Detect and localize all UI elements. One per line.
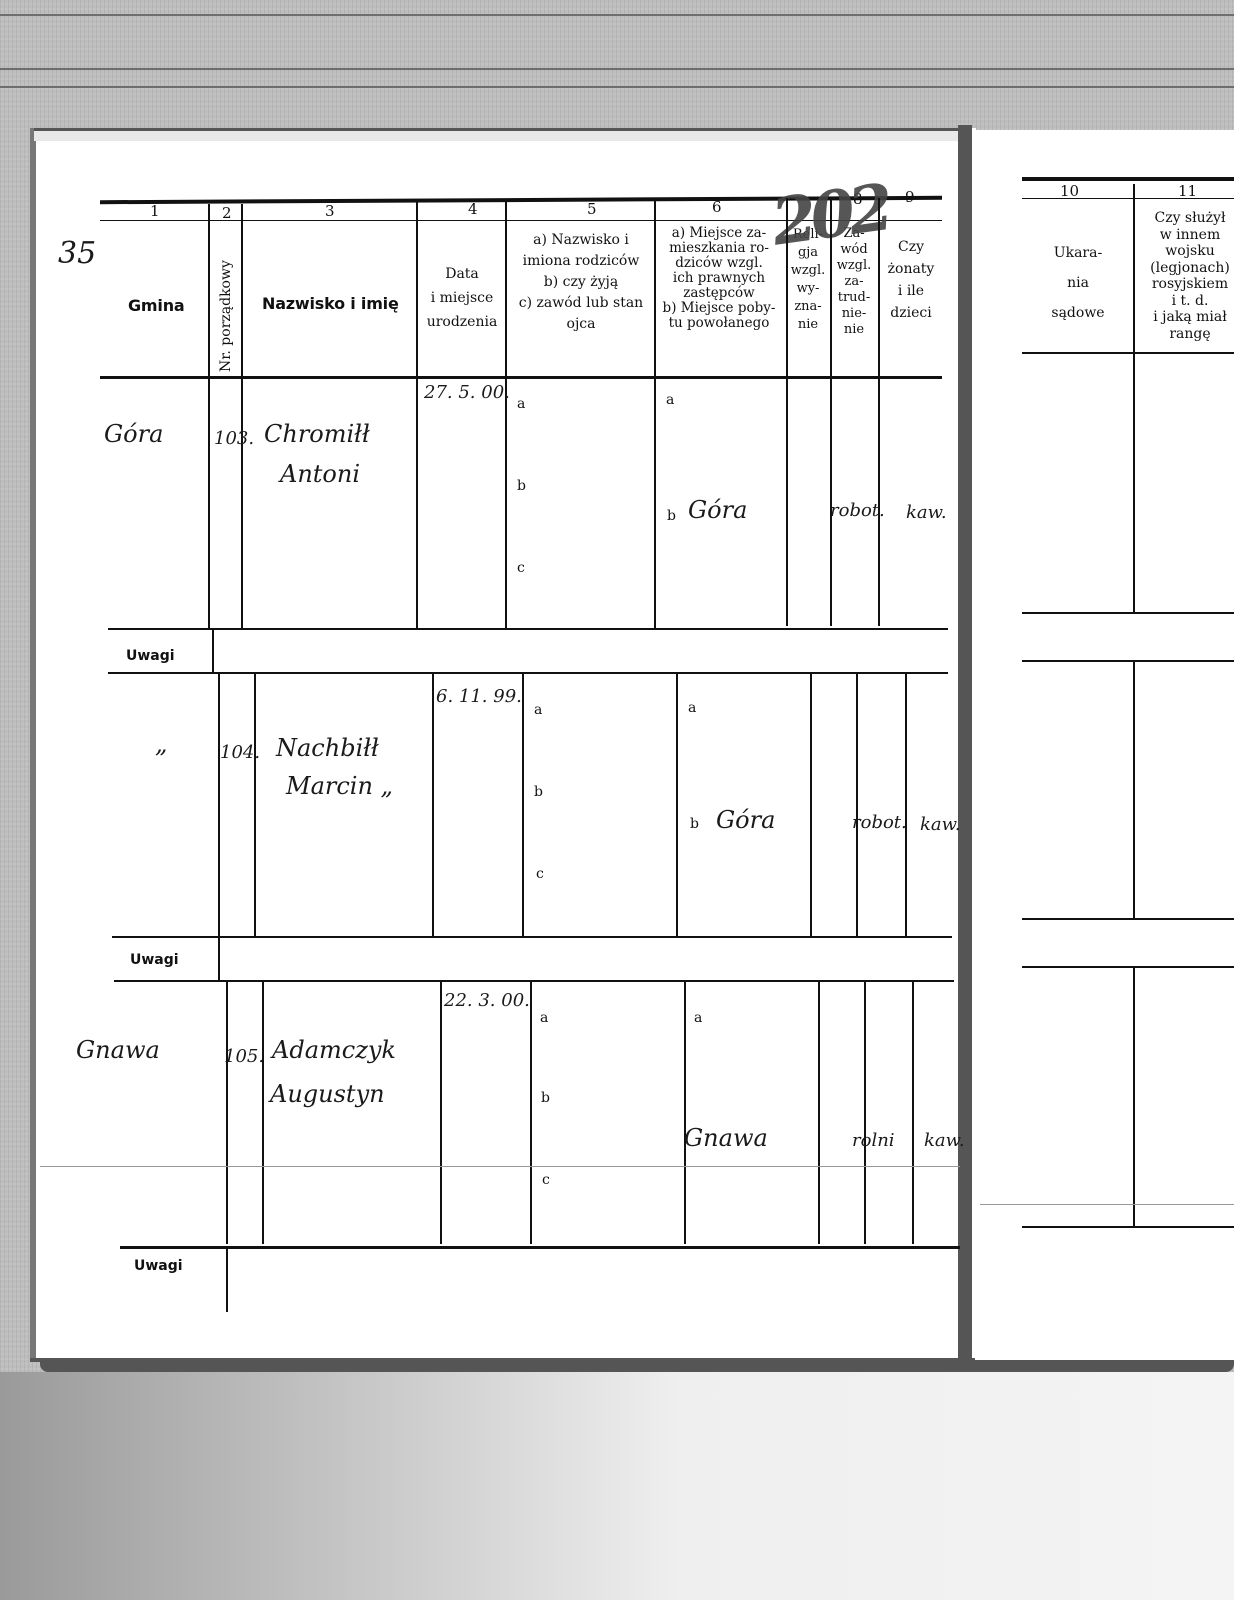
col-divider-4-5 <box>505 202 507 630</box>
remarks-2-bottom-rule <box>114 980 954 982</box>
handwritten-page-number: 35 <box>58 236 96 271</box>
entry-3-surname: Adamczyk <box>272 1036 396 1064</box>
entry-1-gmina: Góra <box>104 420 163 448</box>
right-entry-2-bottom-rule <box>1022 918 1234 920</box>
column-number-10: 10 <box>1060 182 1079 200</box>
entry-1-label-6a: a <box>666 392 674 408</box>
e2-col-divider-6-7 <box>810 674 812 936</box>
e3-col-divider-8-9 <box>912 982 914 1244</box>
entry-1-label-6b: b <box>667 508 676 524</box>
column-number-3: 3 <box>325 202 335 220</box>
scan-artifact-line <box>0 14 1234 16</box>
entry-2-nr: 104. <box>220 742 260 763</box>
entry-3-birth-date: 22. 3. 00. <box>444 990 530 1011</box>
remarks-1-bottom-rule <box>108 672 948 674</box>
entry-3-given-name: Augustyn <box>270 1080 385 1108</box>
entry-2-label-5a: a <box>534 702 542 718</box>
column-number-4: 4 <box>468 200 478 218</box>
entry-1-bottom-rule <box>108 628 948 630</box>
entry-2-label-5b: b <box>534 784 543 800</box>
entry-3-label-5b: b <box>541 1090 550 1106</box>
page-bottom-shadow <box>40 1360 1234 1372</box>
col-divider-6-7 <box>786 198 788 626</box>
remarks-label-1: Uwagi <box>126 648 175 664</box>
right-e2-col-divider <box>1133 662 1135 918</box>
entry-3-residence: Gnawa <box>684 1124 768 1152</box>
right-faint-ruling <box>980 1204 1234 1205</box>
e3-col-divider-2-3 <box>262 982 264 1244</box>
entry-2-birth-date: 6. 11. 99. <box>436 686 522 707</box>
entry-1-label-5b: b <box>517 478 526 494</box>
entry-1-label-5a: a <box>517 396 525 412</box>
e3-col-divider-7-8 <box>864 982 866 1244</box>
entry-3-marital: kaw. <box>924 1130 965 1151</box>
e3-col-divider-1-2 <box>226 982 228 1244</box>
e3-col-divider-3-4 <box>440 982 442 1244</box>
entry-3-gmina: Gnawa <box>76 1036 160 1064</box>
e2-col-divider-8-9 <box>905 674 907 936</box>
faint-ruling <box>40 1166 960 1167</box>
column-number-2: 2 <box>222 204 232 222</box>
right-remarks-1-bottom-rule <box>1022 660 1234 662</box>
right-remarks-2-bottom-rule <box>1022 966 1234 968</box>
right-header-top-rule <box>1022 177 1234 181</box>
entry-2-marital: kaw. <box>920 814 961 835</box>
e2-col-divider-2-3 <box>254 674 256 936</box>
col-divider-3-4 <box>416 202 418 630</box>
remarks-label-2: Uwagi <box>130 952 179 968</box>
entry-2-label-6b: b <box>690 816 699 832</box>
header-gmina: Gmina <box>128 296 184 315</box>
entry-3-label-5c: c <box>542 1172 550 1188</box>
entry-1-surname: Chromiłł <box>264 420 370 448</box>
entry-2-occupation: robot. <box>852 812 907 833</box>
header-zonaty: Czy żonaty i ile dzieci <box>880 236 942 324</box>
entry-2-label-6a: a <box>688 700 696 716</box>
entry-2-residence: Góra <box>716 806 775 834</box>
header-rodzice: a) Nazwisko i imiona rodziców b) czy żyj… <box>508 230 654 335</box>
page-top-edge <box>34 128 970 141</box>
entry-2-surname: Nachbiłł <box>276 734 379 762</box>
scan-artifact-line <box>0 68 1234 70</box>
right-entry-1-bottom-rule <box>1022 612 1234 614</box>
entry-1-nr: 103. <box>214 428 254 449</box>
right-entry-3-bottom-rule <box>1022 1226 1234 1228</box>
remarks-divider-3 <box>226 1248 228 1312</box>
e2-col-divider-4-5 <box>522 674 524 936</box>
scan-artifact-line <box>0 86 1234 88</box>
entry-3-nr: 105. <box>224 1046 264 1067</box>
right-header-bottom-rule <box>1022 352 1234 354</box>
col-divider-5-6 <box>654 200 656 630</box>
e2-col-divider-3-4 <box>432 674 434 936</box>
entry-3-label-5a: a <box>540 1010 548 1026</box>
entry-2-label-5c: c <box>536 866 544 882</box>
e3-col-divider-6-7 <box>818 982 820 1244</box>
header-sluzba-wojskowa: Czy służył w innem wojsku (legjonach) ro… <box>1135 210 1234 342</box>
header-bottom-rule <box>100 376 942 379</box>
entry-2-bottom-rule <box>112 936 952 938</box>
entry-1-residence: Góra <box>688 496 747 524</box>
col-divider-7-8 <box>830 198 832 626</box>
book-gutter <box>958 125 972 1365</box>
e3-col-divider-5-6 <box>684 982 686 1244</box>
column-number-6: 6 <box>712 198 722 216</box>
header-nazwisko-imie: Nazwisko i imię <box>262 294 399 313</box>
column-number-11: 11 <box>1178 182 1197 200</box>
entry-2-gmina: „ <box>155 730 167 758</box>
entry-1-given-name: Antoni <box>280 460 360 488</box>
right-e3-col-divider <box>1133 968 1135 1226</box>
column-number-5: 5 <box>587 200 597 218</box>
entry-3-bottom-rule <box>120 1246 960 1249</box>
e2-col-divider-7-8 <box>856 674 858 936</box>
entry-1-marital: kaw. <box>906 502 947 523</box>
e2-col-divider-1-2 <box>218 674 220 936</box>
right-header-number-rule <box>1022 198 1234 199</box>
entry-1-occupation: robot. <box>830 500 885 521</box>
entry-3-label-6a: a <box>694 1010 702 1026</box>
col-divider-2-3 <box>241 204 243 630</box>
column-number-9: 9 <box>905 188 915 206</box>
header-miejsce-zamieszkania: a) Miejsce za- mieszkania ro- dziców wzg… <box>654 226 784 331</box>
scanner-background <box>0 1372 1234 1600</box>
e2-col-divider-5-6 <box>676 674 678 936</box>
header-nr-porzadkowy: Nr. porządkowy <box>218 260 234 372</box>
col-divider-8-9 <box>878 198 880 626</box>
entry-1-birth-date: 27. 5. 00. <box>424 382 510 403</box>
header-ukarania: Ukara- nia sądowe <box>1026 238 1130 328</box>
remarks-divider-2 <box>218 938 220 982</box>
header-data-urodzenia: Data i miejsce urodzenia <box>420 262 504 334</box>
remarks-divider-1 <box>212 630 214 674</box>
col-divider-1-2 <box>208 204 210 630</box>
entry-3-occupation: rolni <box>852 1130 895 1151</box>
e3-col-divider-4-5 <box>530 982 532 1244</box>
entry-2-given-name: Marcin „ <box>286 772 393 800</box>
column-number-1: 1 <box>150 202 160 220</box>
remarks-label-3: Uwagi <box>134 1258 183 1274</box>
entry-1-label-5c: c <box>517 560 525 576</box>
